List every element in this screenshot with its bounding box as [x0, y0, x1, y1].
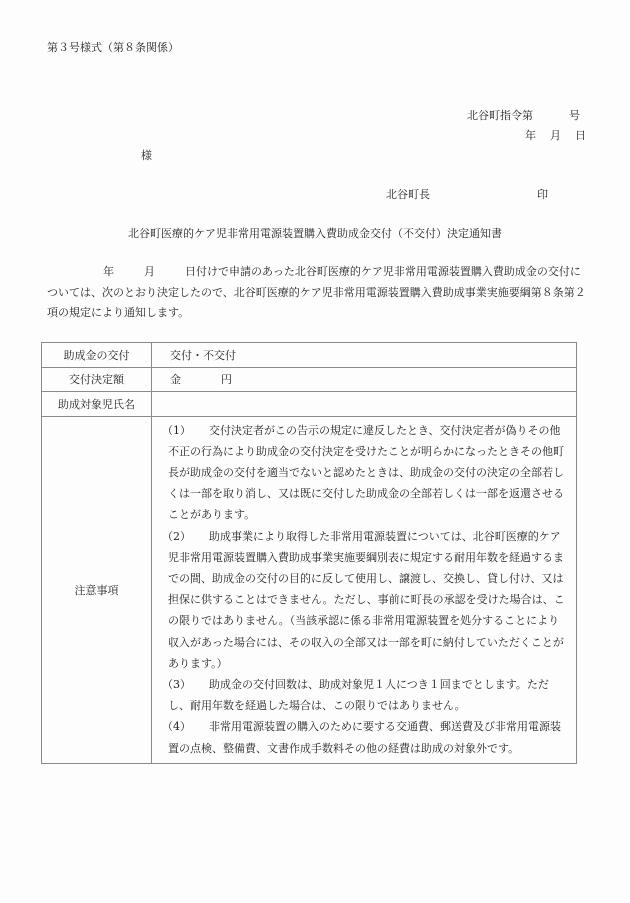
notes-content: （1）交付決定者がこの告示の規定に違反したとき、交付決定者が偽りその他不正の行為…: [152, 416, 577, 763]
date-day: 日: [575, 129, 586, 142]
table-row: 助成対象児氏名: [42, 392, 577, 417]
form-number: 第３号様式（第８条関係）: [47, 39, 179, 55]
notes-label: 注意事項: [42, 416, 152, 763]
row-label: 交付決定額: [42, 367, 152, 392]
issue-date: 年月日: [525, 127, 586, 143]
reference-number: 北谷町指令第号: [467, 107, 580, 123]
note-item: （2）助成事業により取得した非常用電源装置については、北谷町医療的ケア児非常用電…: [162, 526, 570, 674]
body-month: 月: [144, 265, 155, 278]
grant-decision-value: 交付・不交付: [152, 343, 577, 368]
reference-label: 北谷町指令第: [467, 109, 533, 122]
decision-table: 助成金の交付 交付・不交付 交付決定額 金円 助成対象児氏名 注意事項 （1）交…: [41, 342, 577, 764]
issuer: 北谷町長: [386, 186, 430, 202]
table-row: 交付決定額 金円: [42, 367, 577, 392]
date-year: 年: [525, 129, 536, 142]
amount-suffix: 円: [221, 373, 232, 386]
date-month: 月: [550, 129, 561, 142]
body-text: 日付けで申請のあった北谷町医療的ケア児非常用電源装置購入費助成金の交付については…: [47, 265, 586, 319]
child-name-value: [152, 392, 577, 417]
addressee: 様: [141, 147, 152, 163]
table-row: 注意事項 （1）交付決定者がこの告示の規定に違反したとき、交付決定者が偽りその他…: [42, 416, 577, 763]
seal-mark: 印: [537, 186, 548, 202]
note-item: （3）助成金の交付回数は、助成対象児１人につき１回までとします。ただし、耐用年数…: [162, 674, 570, 716]
table-row: 助成金の交付 交付・不交付: [42, 343, 577, 368]
note-item: （4）非常用電源装置の購入のために要する交通費、郵送費及び非常用電源装置の点検、…: [162, 716, 570, 758]
row-label: 助成金の交付: [42, 343, 152, 368]
body-year: 年: [103, 265, 114, 278]
reference-suffix: 号: [569, 109, 580, 122]
note-item: （1）交付決定者がこの告示の規定に違反したとき、交付決定者が偽りその他不正の行為…: [162, 420, 570, 526]
document-title: 北谷町医療的ケア児非常用電源装置購入費助成金交付（不交付）決定通知書: [0, 225, 630, 241]
amount-prefix: 金: [170, 373, 181, 386]
row-label: 助成対象児氏名: [42, 392, 152, 417]
amount-value: 金円: [152, 367, 577, 392]
body-paragraph: 年月日付けで申請のあった北谷町医療的ケア児非常用電源装置購入費助成金の交付につい…: [47, 262, 587, 324]
